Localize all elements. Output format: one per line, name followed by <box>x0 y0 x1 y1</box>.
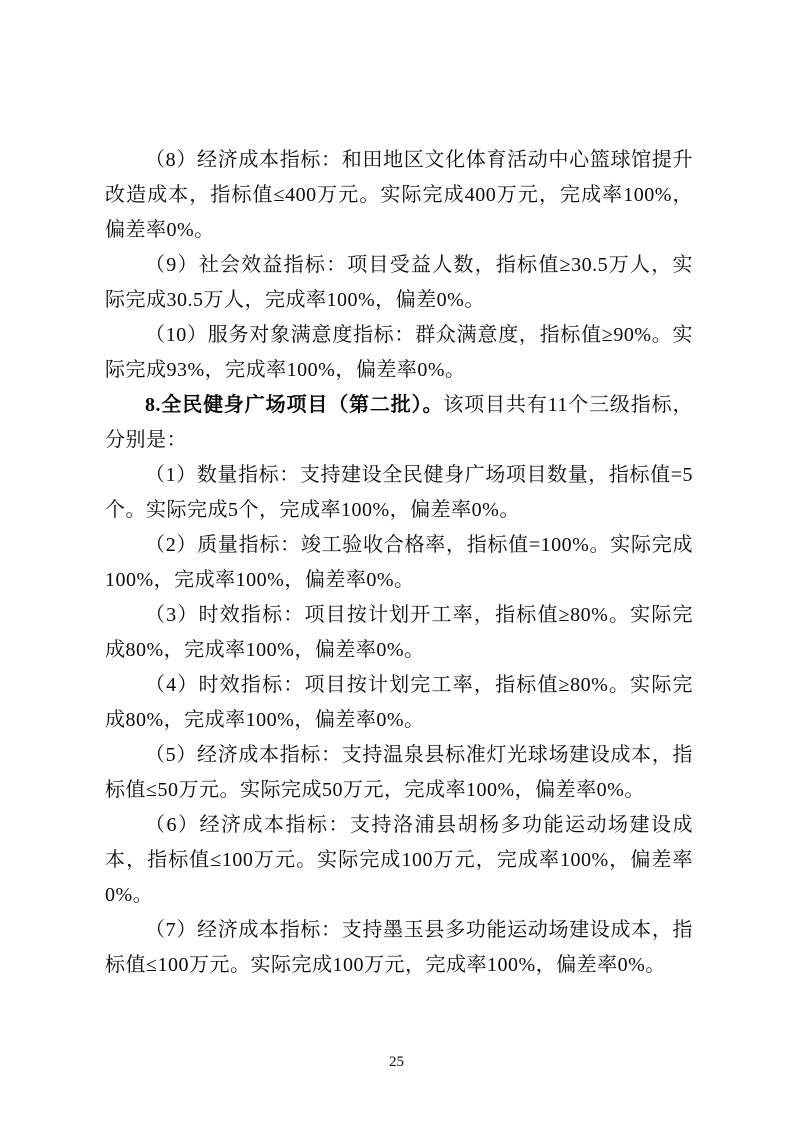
document-paragraph: （1）数量指标：支持建设全民健身广场项目数量，指标值=5个。实际完成5个，完成率… <box>105 458 693 528</box>
document-paragraph: （9）社会效益指标：项目受益人数，指标值≥30.5万人，实际完成30.5万人，完… <box>105 248 693 318</box>
document-body: （8）经济成本指标：和田地区文化体育活动中心篮球馆提升改造成本，指标值≤400万… <box>105 143 693 983</box>
document-paragraph: （3）时效指标：项目按计划开工率，指标值≥80%。实际完成80%，完成率100%… <box>105 598 693 668</box>
text-run: （7）经济成本指标：支持墨玉县多功能运动场建设成本，指标值≤100万元。实际完成… <box>105 919 693 976</box>
text-run: （9）社会效益指标：项目受益人数，指标值≥30.5万人，实际完成30.5万人，完… <box>105 254 693 311</box>
document-paragraph: （2）质量指标：竣工验收合格率，指标值=100%。实际完成100%，完成率100… <box>105 528 693 598</box>
text-run: （8）经济成本指标：和田地区文化体育活动中心篮球馆提升改造成本，指标值≤400万… <box>105 149 693 241</box>
page-number: 25 <box>389 1054 404 1070</box>
text-run: （1）数量指标：支持建设全民健身广场项目数量，指标值=5个。实际完成5个，完成率… <box>105 464 693 521</box>
document-paragraph: （5）经济成本指标：支持温泉县标准灯光球场建设成本，指标值≤50万元。实际完成5… <box>105 738 693 808</box>
text-run: （2）质量指标：竣工验收合格率，指标值=100%。实际完成100%，完成率100… <box>105 534 693 591</box>
document-paragraph: （8）经济成本指标：和田地区文化体育活动中心篮球馆提升改造成本，指标值≤400万… <box>105 143 693 248</box>
text-run: （3）时效指标：项目按计划开工率，指标值≥80%。实际完成80%，完成率100%… <box>105 604 693 661</box>
text-run: （10）服务对象满意度指标：群众满意度，指标值≥90%。实际完成93%，完成率1… <box>105 324 693 381</box>
document-page: （8）经济成本指标：和田地区文化体育活动中心篮球馆提升改造成本，指标值≤400万… <box>0 0 793 1126</box>
text-run: （4）时效指标：项目按计划完工率，指标值≥80%。实际完成80%，完成率100%… <box>105 674 693 731</box>
document-paragraph: 8.全民健身广场项目（第二批）。该项目共有11个三级指标，分别是： <box>105 388 693 458</box>
text-run-bold: 8.全民健身广场项目（第二批）。 <box>145 394 443 416</box>
document-paragraph: （6）经济成本指标：支持洛浦县胡杨多功能运动场建设成本，指标值≤100万元。实际… <box>105 808 693 913</box>
page-footer: 25 <box>0 1052 793 1072</box>
document-paragraph: （4）时效指标：项目按计划完工率，指标值≥80%。实际完成80%，完成率100%… <box>105 668 693 738</box>
text-run: （5）经济成本指标：支持温泉县标准灯光球场建设成本，指标值≤50万元。实际完成5… <box>105 744 693 801</box>
document-paragraph: （7）经济成本指标：支持墨玉县多功能运动场建设成本，指标值≤100万元。实际完成… <box>105 913 693 983</box>
text-run: （6）经济成本指标：支持洛浦县胡杨多功能运动场建设成本，指标值≤100万元。实际… <box>105 814 693 906</box>
document-paragraph: （10）服务对象满意度指标：群众满意度，指标值≥90%。实际完成93%，完成率1… <box>105 318 693 388</box>
